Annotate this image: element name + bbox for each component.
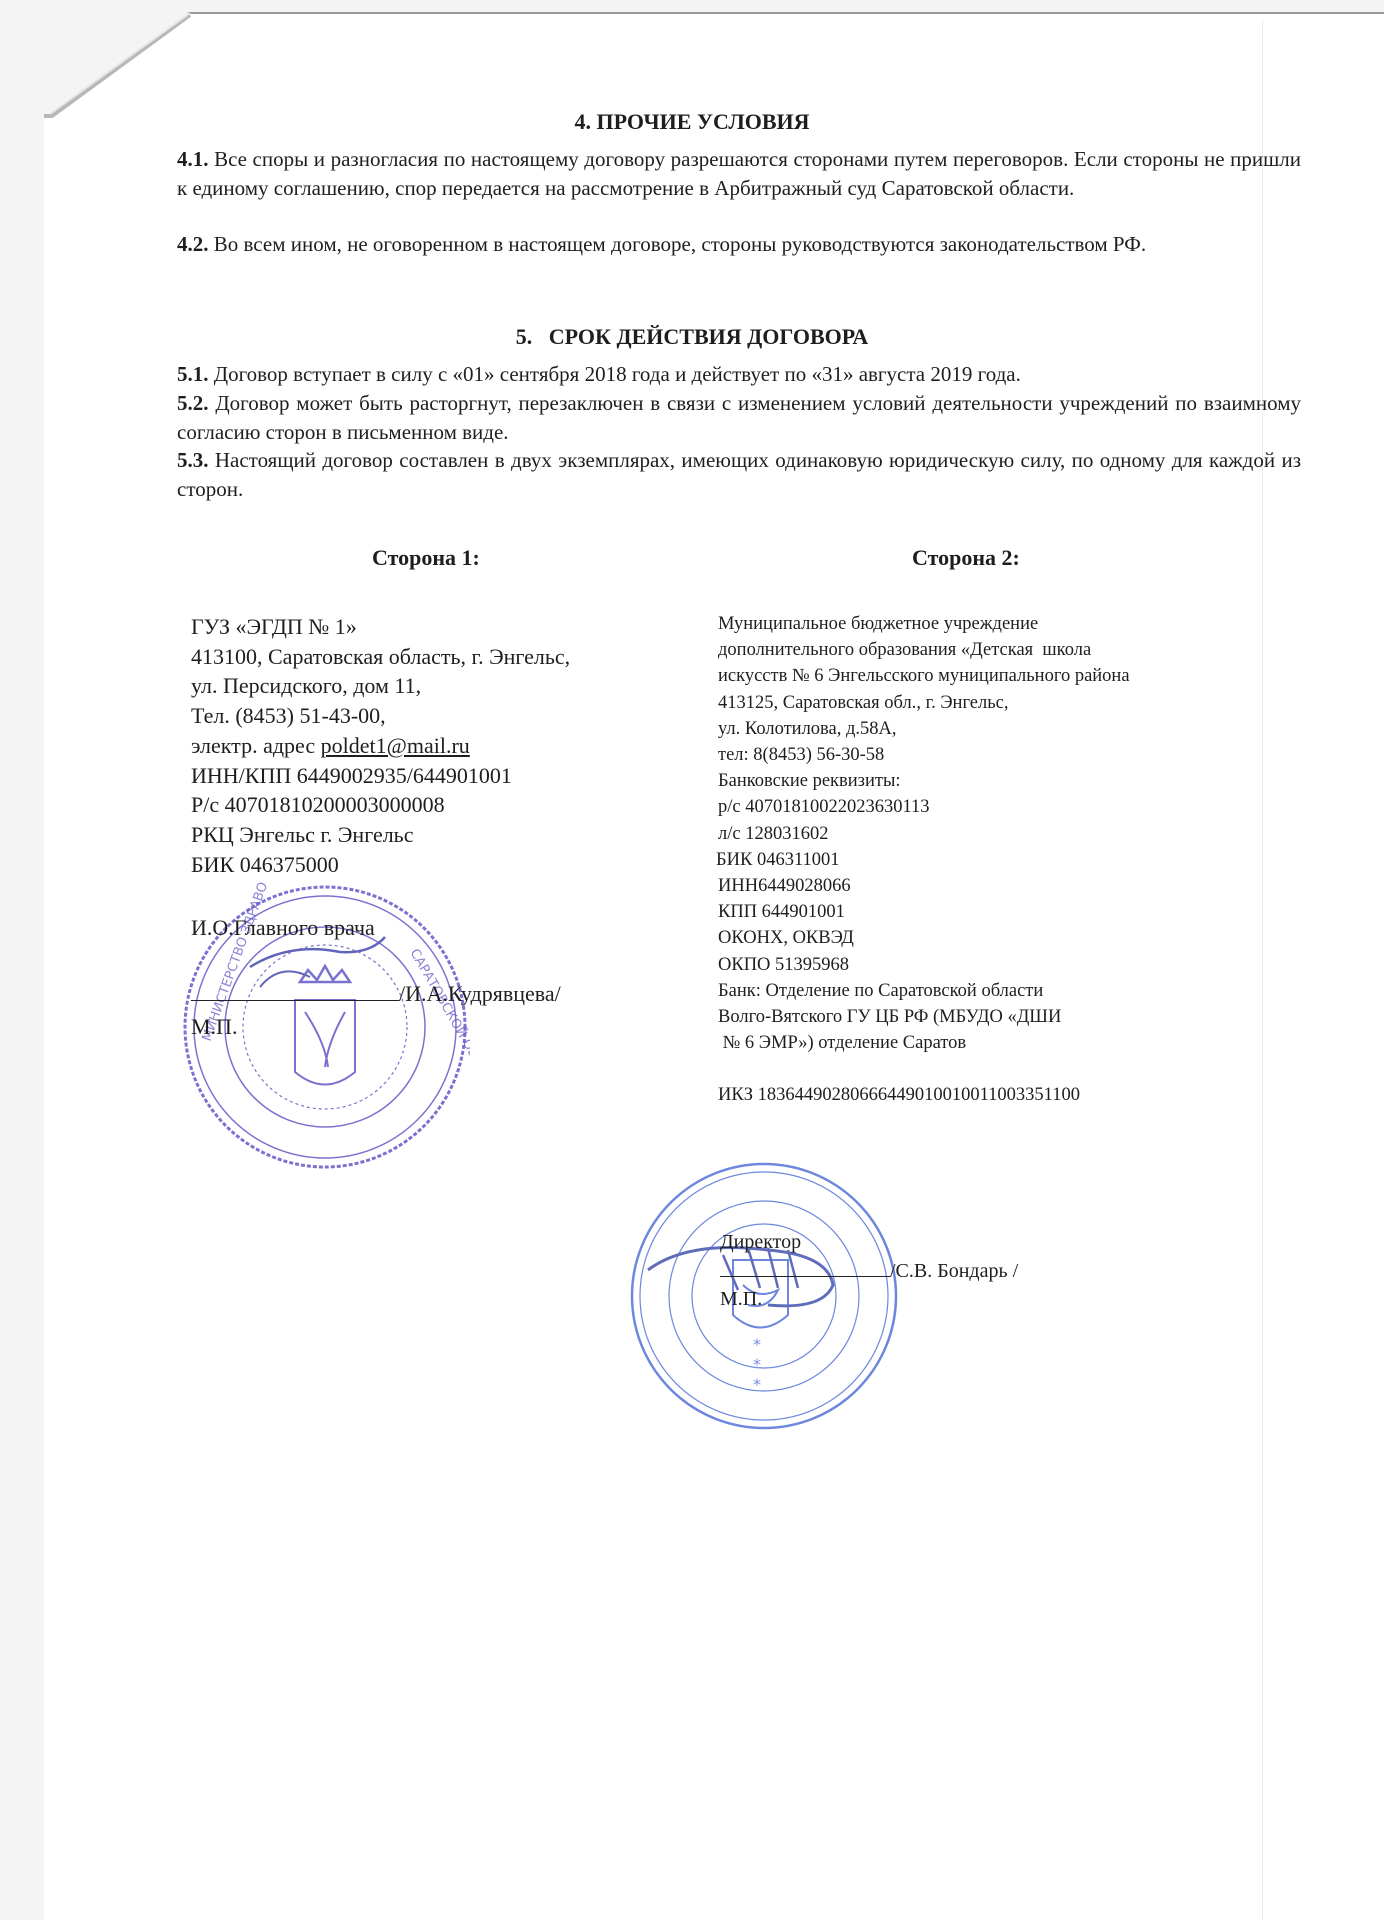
party2-line: ул. Колотилова, д.58А, bbox=[718, 716, 1130, 742]
party1-line: Тел. (8453) 51-43-00, bbox=[191, 701, 570, 731]
clause-text: Настоящий договор составлен в двух экзем… bbox=[177, 448, 1301, 501]
party2-line: ИНН6449028066 bbox=[718, 873, 1130, 899]
party2-signature-name: /С.В. Бондарь / bbox=[890, 1260, 1018, 1282]
party1-line: ул. Персидского, дом 11, bbox=[191, 671, 570, 701]
party2-line: Банковские реквизиты: bbox=[718, 768, 1130, 794]
party2-position: Директор bbox=[720, 1231, 801, 1254]
party2-line: № 6 ЭМР») отделение Саратов bbox=[718, 1030, 1130, 1056]
clause-text: Договор может быть расторгнут, перезаклю… bbox=[177, 391, 1301, 444]
spacer bbox=[718, 1056, 1130, 1082]
clause-5-2: 5.2. Договор может быть расторгнут, пере… bbox=[177, 389, 1301, 446]
clause-5-1: 5.1. Договор вступает в силу с «01» сент… bbox=[177, 360, 1301, 389]
party2-line: ОКПО 51395968 bbox=[718, 952, 1130, 978]
party1-seal-label: М.П. bbox=[191, 1014, 237, 1040]
party2-line: Банк: Отделение по Саратовской области bbox=[718, 978, 1130, 1004]
party1-line: 413100, Саратовская область, г. Энгельс, bbox=[191, 642, 570, 672]
party2-line: БИК 046311001 bbox=[716, 847, 1130, 873]
clause-5-3: 5.3. Настоящий договор составлен в двух … bbox=[177, 446, 1301, 503]
party2-line: искусств № 6 Энгельсского муниципального… bbox=[718, 663, 1130, 689]
party2-details: Муниципальное бюджетное учреждение допол… bbox=[718, 611, 1130, 1109]
section5-heading: 5. СРОК ДЕЙСТВИЯ ДОГОВОРА bbox=[0, 324, 1384, 350]
party2-line: р/с 40701810022023630113 bbox=[718, 794, 1130, 820]
party2-ikz: ИКЗ 183644902806664490100100110033511​00 bbox=[718, 1082, 1130, 1108]
party1-details: ГУЗ «ЭГДП № 1» 413100, Саратовская облас… bbox=[191, 612, 570, 879]
clause-text: Во всем ином, не оговоренном в настоящем… bbox=[214, 232, 1146, 256]
party1-line: Р/с 40701810200003000008 bbox=[191, 790, 570, 820]
party1-line: ГУЗ «ЭГДП № 1» bbox=[191, 612, 570, 642]
party2-signature-line: /С.В. Бондарь / bbox=[720, 1258, 1018, 1283]
party1-line: ИНН/КПП 6449002935/644901001 bbox=[191, 761, 570, 791]
party1-signature-name: /И.А.Кудрявцева/ bbox=[399, 981, 561, 1006]
clause-number: 5.2. bbox=[177, 391, 209, 415]
clause-4-2: 4.2. Во всем ином, не оговоренном в наст… bbox=[177, 230, 1301, 259]
clause-number: 4.1. bbox=[177, 147, 209, 171]
clause-number: 5.1. bbox=[177, 362, 209, 386]
party2-line: тел: 8(8453) 56-30-58 bbox=[718, 742, 1130, 768]
clause-number: 5.3. bbox=[177, 448, 209, 472]
party2-seal-label: М.П. bbox=[720, 1288, 762, 1311]
email-label: электр. адрес bbox=[191, 733, 321, 758]
party2-line: Волго-Вятского ГУ ЦБ РФ (МБУДО «ДШИ bbox=[718, 1004, 1130, 1030]
party2-line: ОКОНХ, ОКВЭД bbox=[718, 925, 1130, 951]
party2-title: Сторона 2: bbox=[912, 545, 1020, 571]
party1-position: И.О.Главного врача bbox=[191, 915, 375, 941]
email-link[interactable]: poldet1@mail.ru bbox=[321, 733, 470, 758]
party1-line: РКЦ Энгельс г. Энгельс bbox=[191, 820, 570, 850]
party2-line: дополнительного образования «Детская шко… bbox=[718, 637, 1130, 663]
section4-heading: 4. ПРОЧИЕ УСЛОВИЯ bbox=[0, 109, 1384, 135]
party2-line: КПП 644901001 bbox=[718, 899, 1130, 925]
party2-line: Муниципальное бюджетное учреждение bbox=[718, 611, 1130, 637]
signature-underline bbox=[720, 1258, 890, 1277]
party2-line: 413125, Саратовская обл., г. Энгельс, bbox=[718, 690, 1130, 716]
page-top-edge bbox=[188, 12, 1384, 14]
party1-line: БИК 046375000 bbox=[191, 850, 570, 880]
page-crease bbox=[1262, 20, 1263, 1920]
signature-underline bbox=[191, 980, 399, 1001]
party1-email-line: электр. адрес poldet1@mail.ru bbox=[191, 731, 570, 761]
clause-text: Договор вступает в силу с «01» сентября … bbox=[214, 362, 1021, 386]
clause-text: Все споры и разногласия по настоящему до… bbox=[177, 147, 1301, 200]
document-page bbox=[44, 14, 1384, 1920]
party1-signature-line: /И.А.Кудрявцева/ bbox=[191, 980, 561, 1007]
clause-number: 4.2. bbox=[177, 232, 209, 256]
party1-title: Сторона 1: bbox=[372, 545, 480, 571]
party2-line: л/с 128031602 bbox=[718, 821, 1130, 847]
clause-4-1: 4.1. Все споры и разногласия по настояще… bbox=[177, 145, 1301, 202]
